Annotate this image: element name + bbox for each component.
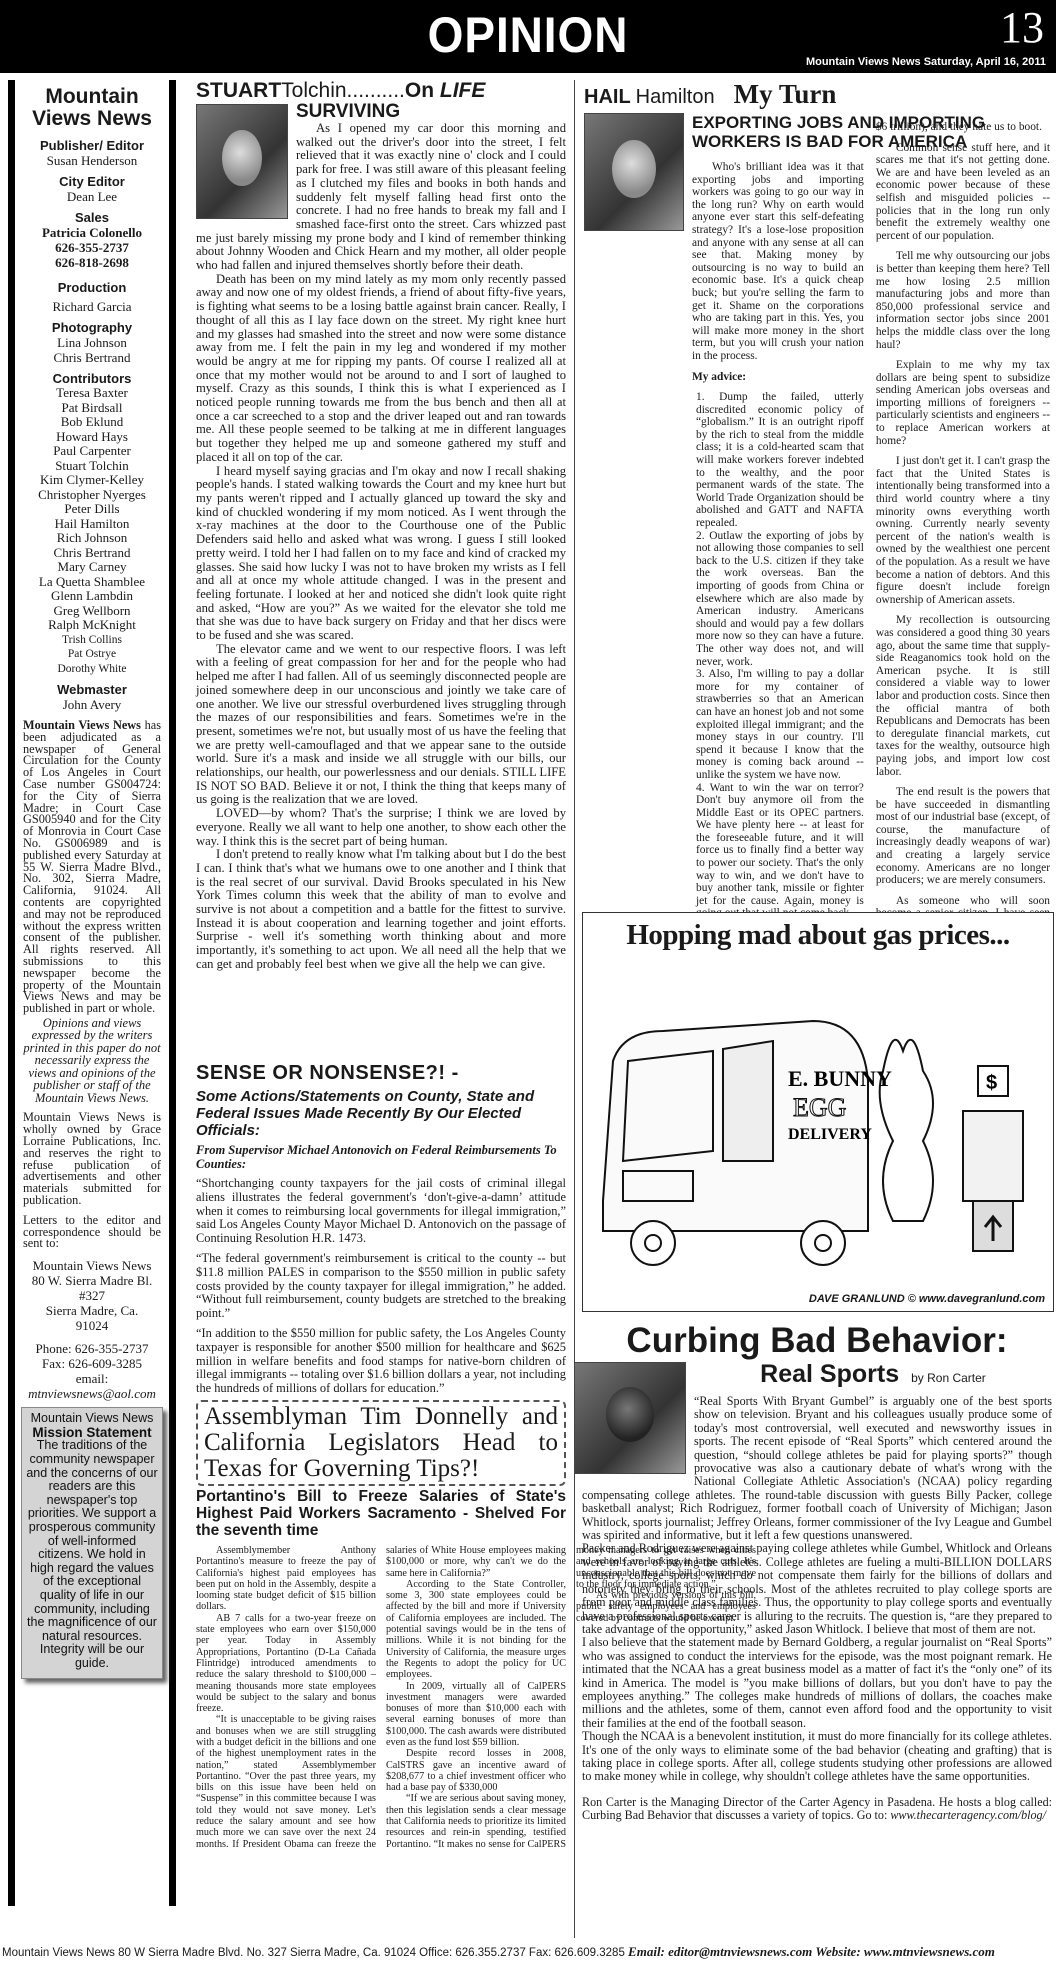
mission-statement-box: Mountain Views News Mission Statement Th… [21,1407,163,1679]
staff-production: ProductionRichard Garcia [23,280,161,314]
dollar-sign-icon: $ [986,1072,997,1094]
cartoon-credit: DAVE GRANLUND © www.davegranlund.com [809,1293,1045,1305]
tolchin-byline: STUARTTolchin..........On LIFE [196,80,566,102]
dateline: Mountain Views News Saturday, April 16, … [806,56,1046,68]
sense-source: From Supervisor Michael Antonovich on Fe… [196,1143,566,1171]
adjudication-notice: Mountain Views News has been adjudicated… [23,720,161,1015]
column-divider [574,80,575,1938]
hamilton-byline: HAIL Hamilton My Turn [584,82,1050,109]
hamilton-photo [584,113,684,231]
donnelly-headline-box: Assemblyman Tim Donnelly and California … [196,1400,566,1486]
svg-text:EGG: EGG [793,1093,846,1122]
staff-sales: SalesPatricia Colonello626-355-2737626-8… [23,210,161,270]
staff-photography: PhotographyLina JohnsonChris Bertrand [23,320,161,365]
advice-item: 1. Dump the failed, utterly discredited … [692,391,864,530]
mailing-address: Mountain Views News 80 W. Sierra Madre B… [23,1258,161,1333]
svg-text:DELIVERY: DELIVERY [788,1126,872,1143]
editorial-cartoon: Hopping mad about gas prices... E. BUNNY… [582,912,1054,1312]
sense-headline: SENSE OR NONSENSE?! - [196,1062,566,1084]
sense-or-nonsense: SENSE OR NONSENSE?! - Some Actions/State… [196,1062,566,1855]
sense-body: “Shortchanging county taxpayers for the … [196,1177,566,1396]
contact-info: Phone: 626-355-2737 Fax: 626-609-3285 em… [23,1341,161,1401]
email-link[interactable]: mtnviewsnews@aol.com [23,1386,161,1401]
carter-blog-link[interactable]: www.thecarteragency.com/blog/ [890,1808,1046,1822]
footer-email[interactable]: Email: editor@mtnviewsnews.com [628,1944,812,1959]
sidebar-brand: Mountain Views News [23,86,161,130]
portantino-body: Assemblymember Anthony Portantino's meas… [196,1545,566,1855]
tolchin-body: As I opened my car door this morning and… [196,122,566,972]
cartoon-illustration: E. BUNNY EGG DELIVERY $ [583,961,1053,1281]
ownership-notice: Mountain Views News is wholly owned by G… [23,1112,161,1206]
opinion-disclaimer: Opinions and views expressed by the writ… [23,1017,161,1105]
hamilton-article: HAIL Hamilton My Turn EXPORTING JOBS AND… [584,82,1050,996]
carter-headline: Curbing Bad Behavior: [582,1322,1052,1360]
masthead: OPINION 13 Mountain Views News Saturday,… [0,0,1056,73]
carter-bio: Ron Carter is the Managing Director of t… [582,1796,1052,1823]
staff-sidebar: Mountain Views News Publisher/ EditorSus… [8,80,176,1906]
staff-city-editor: City EditorDean Lee [23,174,161,204]
page-footer: Mountain Views News 80 W Sierra Madre Bl… [0,1944,1056,1962]
staff-publisher: Publisher/ EditorSusan Henderson [23,138,161,168]
advice-item: 4. Want to win the war on terror? Don't … [692,782,864,921]
letters-notice: Letters to the editor and correspondence… [23,1215,161,1250]
staff-webmaster: WebmasterJohn Avery [23,682,161,712]
footer-website[interactable]: Website: www.mtnviewsnews.com [815,1944,994,1959]
contributors-list: Contributors Teresa Baxter Pat Birdsall … [23,371,161,676]
portantino-headline: Portantino's Bill to Freeze Salaries of … [196,1488,566,1539]
cartoon-title: Hopping mad about gas prices... [583,919,1053,952]
advice-item: 3. Also, I'm willing to pay a dollar mor… [692,668,864,781]
van-label-ebunny: E. BUNNY [788,1066,892,1091]
tolchin-article: STUARTTolchin..........On LIFE SURVIVING… [196,80,566,972]
carter-article: Curbing Bad Behavior: Real Sports by Ron… [582,1322,1052,1823]
hamilton-body: Who's brilliant idea was it that exporti… [692,161,1050,996]
sense-subhead: Some Actions/Statements on County, State… [196,1088,566,1139]
advice-item: 2. Outlaw the exporting of jobs by not a… [692,530,864,669]
carter-photo [574,1362,686,1474]
tolchin-photo [196,104,288,219]
page-number: 13 [1000,2,1044,53]
